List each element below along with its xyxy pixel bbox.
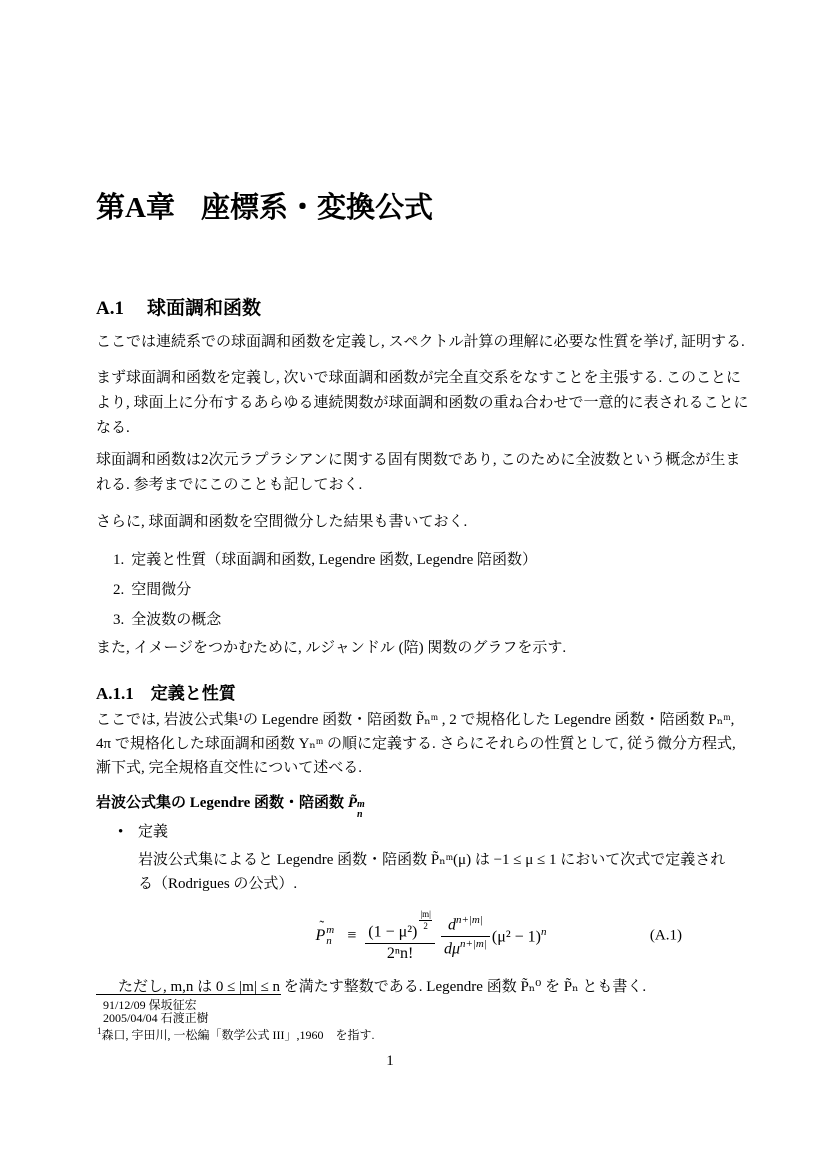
equation-lhs: ˜P bbox=[316, 927, 326, 945]
chapter-heading: 第A章座標系・変換公式 bbox=[96, 185, 433, 226]
display-equation: ˜P mn ≡ (1 − μ²)|m|2 2ⁿn! dn+|m| dμn+|m|… bbox=[96, 908, 730, 964]
footnote: 2005/04/04 石渡正樹 bbox=[103, 1012, 209, 1025]
fraction2-num-base: d bbox=[448, 917, 456, 934]
list-item-text: 定義と性質（球面調和函数, Legendre 函数, Legendre 陪函数） bbox=[131, 552, 537, 568]
exponent-num: |m| bbox=[419, 909, 432, 920]
equation-lhs-sub: n bbox=[326, 936, 332, 947]
paragraph-line: まず球面調和函数を定義し, 次いで球面調和函数が完全直交系をなすことを主張する.… bbox=[96, 366, 730, 391]
fraction2-denominator: dμn+|m| bbox=[441, 936, 490, 958]
paragraph-line: また, イメージをつかむために, ルジャンドル (陪) 関数のグラフを示す. bbox=[96, 636, 730, 661]
paragraph-line: さらに, 球面調和函数を空間微分した結果も書いておく. bbox=[96, 510, 730, 535]
fraction2-den-exp: n+|m| bbox=[460, 938, 487, 950]
exponent-den: 2 bbox=[419, 921, 432, 931]
document-page: 第A章座標系・変換公式 A.1球面調和函数 ここでは連続系での球面調和函数を定義… bbox=[0, 0, 826, 1169]
runin-heading-math: P̃ bbox=[348, 795, 357, 811]
equation-tail-exp: n bbox=[541, 926, 547, 938]
paragraph-line: なる. bbox=[96, 416, 730, 441]
list-item-number: 2. bbox=[113, 582, 124, 598]
paragraph-line: ただし, m,n は 0 ≤ |m| ≤ n を満たす整数である. Legend… bbox=[96, 975, 730, 1000]
tilde-accent: ˜ bbox=[320, 919, 325, 935]
paragraph-line: より, 球面上に分布するあらゆる連続関数が球面調和函数の重ね合わせで一意的に表さ… bbox=[96, 391, 730, 416]
section-title: 球面調和函数 bbox=[147, 298, 261, 319]
equation-fraction-2: dn+|m| dμn+|m| bbox=[441, 914, 490, 958]
equation-tag: (A.1) bbox=[650, 928, 682, 945]
footnote-rule bbox=[96, 994, 281, 995]
paragraph-line: ここでは, 岩波公式集¹の Legendre 函数・陪函数 P̃ₙᵐ , 2 で… bbox=[96, 708, 730, 732]
runin-heading: 岩波公式集の Legendre 函数・陪函数 P̃mn bbox=[96, 791, 369, 820]
paragraph: ここでは, 岩波公式集¹の Legendre 函数・陪函数 P̃ₙᵐ , 2 で… bbox=[96, 708, 730, 780]
page-number: 1 bbox=[0, 1053, 780, 1070]
paragraph: また, イメージをつかむために, ルジャンドル (陪) 関数のグラフを示す. bbox=[96, 636, 730, 661]
chapter-number: 第A章 bbox=[96, 192, 175, 224]
runin-heading-supsub: mn bbox=[357, 800, 365, 820]
subsection-number: A.1.1 bbox=[96, 684, 134, 703]
paragraph-line: る（Rodrigues の公式）. bbox=[138, 872, 730, 896]
fraction2-den-base: dμ bbox=[444, 940, 460, 957]
paragraph-line: れる. 参考までにこのことも記しておく. bbox=[96, 473, 730, 498]
bullet-label: 定義 bbox=[138, 820, 168, 845]
list-item: 2.空間微分 bbox=[113, 578, 191, 603]
equation-lhs-supsub: mn bbox=[326, 925, 334, 947]
equation-tail: (μ² − 1)n bbox=[492, 926, 547, 946]
paragraph-line: 4π で規格化した球面調和函数 Yₙᵐ の順に定義する. さらにそれらの性質とし… bbox=[96, 732, 730, 756]
equation-fraction-1: (1 − μ²)|m|2 2ⁿn! bbox=[365, 909, 435, 962]
list-item-text: 全波数の概念 bbox=[131, 612, 221, 628]
paragraph: まず球面調和函数を定義し, 次いで球面調和函数が完全直交系をなすことを主張する.… bbox=[96, 366, 730, 441]
fraction2-numerator: dn+|m| bbox=[441, 914, 490, 935]
fraction1-denominator: 2ⁿn! bbox=[365, 943, 435, 963]
fraction1-numerator: (1 − μ²)|m|2 bbox=[365, 909, 435, 942]
bullet-body: 岩波公式集によると Legendre 函数・陪函数 P̃ₙᵐ(μ) は −1 ≤… bbox=[138, 848, 730, 896]
footnote: 1森口, 宇田川, 一松編「数学公式 III」,1960 を指す. bbox=[97, 1025, 375, 1042]
fraction2-num-exp: n+|m| bbox=[456, 914, 483, 926]
subsection-heading: A.1.1定義と性質 bbox=[96, 679, 236, 704]
list-item: 3.全波数の概念 bbox=[113, 608, 221, 633]
list-item-number: 1. bbox=[113, 552, 124, 568]
footnote-text: 森口, 宇田川, 一松編「数学公式 III」,1960 を指す. bbox=[102, 1028, 375, 1042]
bullet-icon: • bbox=[118, 820, 123, 845]
list-item: 1.定義と性質（球面調和函数, Legendre 函数, Legendre 陪函… bbox=[113, 548, 537, 573]
paragraph-line: ここでは連続系での球面調和函数を定義し, スペクトル計算の理解に必要な性質を挙げ… bbox=[96, 330, 730, 355]
exponent-fraction: |m|2 bbox=[419, 909, 432, 931]
list-item-text: 空間微分 bbox=[131, 582, 191, 598]
equation-tail-base: (μ² − 1) bbox=[492, 928, 541, 945]
runin-heading-text: 岩波公式集の Legendre 函数・陪函数 bbox=[96, 795, 348, 811]
paragraph-line: 岩波公式集によると Legendre 函数・陪函数 P̃ₙᵐ(μ) は −1 ≤… bbox=[138, 848, 730, 872]
paragraph: さらに, 球面調和函数を空間微分した結果も書いておく. bbox=[96, 510, 730, 535]
chapter-title: 座標系・変換公式 bbox=[201, 192, 433, 224]
subsection-title: 定義と性質 bbox=[151, 684, 236, 703]
bullet-label-text: 定義 bbox=[138, 820, 168, 845]
runin-math-sub: n bbox=[357, 810, 363, 820]
list-item-number: 3. bbox=[113, 612, 124, 628]
equation-body: ˜P mn ≡ (1 − μ²)|m|2 2ⁿn! dn+|m| dμn+|m|… bbox=[96, 908, 730, 964]
paragraph: 球面調和函数は2次元ラプラシアンに関する固有関数であり, このために全波数という… bbox=[96, 448, 730, 498]
section-number: A.1 bbox=[96, 298, 124, 319]
equiv-symbol: ≡ bbox=[347, 927, 356, 945]
paragraph: ここでは連続系での球面調和函数を定義し, スペクトル計算の理解に必要な性質を挙げ… bbox=[96, 330, 730, 355]
paragraph-line: 球面調和函数は2次元ラプラシアンに関する固有関数であり, このために全波数という… bbox=[96, 448, 730, 473]
fraction1-num-base: (1 − μ²) bbox=[368, 924, 417, 941]
paragraph: ただし, m,n は 0 ≤ |m| ≤ n を満たす整数である. Legend… bbox=[96, 975, 730, 1000]
section-heading: A.1球面調和函数 bbox=[96, 293, 261, 320]
paragraph-line: 漸下式, 完全規格直交性について述べる. bbox=[96, 756, 730, 780]
